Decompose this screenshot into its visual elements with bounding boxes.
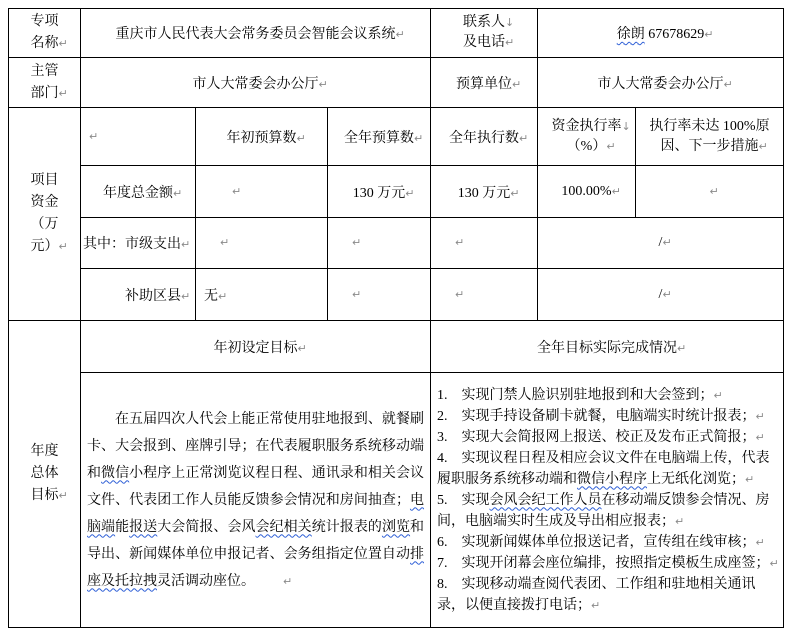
performance-table: 专项名称↵ 重庆市人民代表大会常务委员会智能会议系统↵ 联系人↓ 及电话↵ 徐朗… [8, 8, 784, 628]
goals-initial-paragraph: 在五届四次人代会上能正常使用驻地报到、就餐刷卡、大会报到、座牌引导；在代表履职服… [83, 406, 428, 595]
document-page: 专项名称↵ 重庆市人民代表大会常务委员会智能会议系统↵ 联系人↓ 及电话↵ 徐朗… [0, 0, 790, 635]
col-annual-execution: 全年执行数↵ [431, 108, 538, 166]
text-segment: 3. 实现大会简报网上报送、校正及发布正式简报； [437, 430, 756, 445]
annual-total-annual-budget: 130 万元↵ [328, 166, 431, 218]
spellcheck-wavy-text: 浏览 [382, 520, 410, 535]
text-segment: 统计报表的 [312, 520, 382, 535]
goal-item: 5. 实现会风会纪工作人员在移动端反馈参会情况、房间，电脑端实时生成及导出相应报… [437, 490, 777, 532]
project-name-label: 专项名称↵ [30, 11, 60, 55]
contact-value: 徐朗 67678629↵ [538, 9, 784, 58]
annual-total-execution: 130 万元↵ [431, 166, 538, 218]
funds-label: 项目资金（万元）↵ [30, 170, 60, 258]
goals-left-header: 年初设定目标↵ [81, 321, 431, 373]
funds-header-blank-cell: ↵ [81, 108, 196, 166]
annual-total-execution-rate: 100.00%↵ [538, 166, 636, 218]
col-initial-budget: 年初预算数↵ [196, 108, 328, 166]
goals-label-cell: 年度总体目标↵ [9, 321, 81, 628]
budget-unit-label: 预算单位↵ [431, 58, 538, 108]
row-annual-total: 年度总金额↵ ↵ 130 万元↵ 130 万元↵ 100.00%↵ ↵ [9, 166, 784, 218]
text-segment: 上无纸化浏览； [647, 472, 745, 487]
goals-right-header: 全年目标实际完成情况↵ [431, 321, 784, 373]
municipal-expenditure-label: 其中：市级支出↵ [81, 218, 196, 269]
text-segment: 5. 实现 [437, 493, 490, 508]
row-district-subsidy: 补助区县↵ 无↵ ↵ ↵ /↵ [9, 269, 784, 321]
district-subsidy-execution: ↵ [431, 269, 538, 321]
budget-unit-value: 市人大常委会办公厅↵ [538, 58, 784, 108]
text-segment: 大会简报、会风 [157, 520, 255, 535]
department-value: 市人大常委会办公厅↵ [81, 58, 431, 108]
goals-completion-list: 1. 实现门禁人脸识别驻地报到和大会签到；↵2. 实现手持设备刷卡就餐，电脑端实… [437, 385, 777, 616]
department-label: 主管部门↵ [30, 61, 60, 105]
district-subsidy-initial-budget: 无↵ [196, 269, 328, 321]
text-segment: 7. 实现开闭幕会座位编排，按照指定模板生成座签； [437, 556, 770, 571]
annual-total-reason: ↵ [636, 166, 784, 218]
municipal-execution: ↵ [431, 218, 538, 269]
row-municipal-expenditure: 其中：市级支出↵ ↵ ↵ ↵ /↵ [9, 218, 784, 269]
spellcheck-wavy-text: 会风会纪工作人员 [490, 493, 602, 508]
contact-label-cell: 联系人↓ 及电话↵ [431, 9, 538, 58]
goal-item: 3. 实现大会简报网上报送、校正及发布正式简报；↵ [437, 427, 777, 448]
row-goals-content: 在五届四次人代会上能正常使用驻地报到、就餐刷卡、大会报到、座牌引导；在代表履职服… [9, 373, 784, 628]
project-name-value: 重庆市人民代表大会常务委员会智能会议系统↵ [81, 9, 431, 58]
district-subsidy-merged-slash: /↵ [538, 269, 784, 321]
funds-label-cell: 项目资金（万元）↵ [9, 108, 81, 321]
municipal-merged-slash: /↵ [538, 218, 784, 269]
contact-label-line1: 联系人 [463, 15, 505, 30]
municipal-initial-budget: ↵ [196, 218, 328, 269]
goals-completion-cell: 1. 实现门禁人脸识别驻地报到和大会签到；↵2. 实现手持设备刷卡就餐，电脑端实… [431, 373, 784, 628]
col-annual-budget: 全年预算数↵ [328, 108, 431, 166]
goal-item: 4. 实现议程日程及相应会议文件在电脑端上传，代表履职服务系统移动端和微信小程序… [437, 448, 777, 490]
municipal-annual-budget: ↵ [328, 218, 431, 269]
department-label-cell: 主管部门↵ [9, 58, 81, 108]
row-funds-header: 项目资金（万元）↵ ↵ 年初预算数↵ 全年预算数↵ 全年执行数↵ 资金执行率↓ … [9, 108, 784, 166]
goal-item: 1. 实现门禁人脸识别驻地报到和大会签到；↵ [437, 385, 777, 406]
spellcheck-wavy-text: 徐朗 [617, 27, 645, 42]
spellcheck-wavy-text: 会纪相关 [256, 520, 312, 535]
contact-label-line2: 及电话 [463, 35, 505, 50]
contact-value-text: 徐朗 67678629 [617, 27, 705, 42]
annual-total-initial-budget: ↵ [196, 166, 328, 218]
row-goals-header: 年度总体目标↵ 年初设定目标↵ 全年目标实际完成情况↵ [9, 321, 784, 373]
text-segment: 6. 实现新闻媒体单位报送记者，宣传组在线审核； [437, 535, 756, 550]
goals-label: 年度总体目标↵ [30, 441, 60, 507]
text-segment: 小程序上正常浏览议程日程、通讯录和相关会议文件、代表团工作人员能反馈参会情况和房… [87, 466, 424, 508]
spellcheck-wavy-text: 微信 [101, 466, 129, 481]
row-department: 主管部门↵ 市人大常委会办公厅↵ 预算单位↵ 市人大常委会办公厅↵ [9, 58, 784, 108]
text-segment: 2. 实现手持设备刷卡就餐，电脑端实时统计报表； [437, 409, 756, 424]
district-subsidy-annual-budget: ↵ [328, 269, 431, 321]
goal-item: 2. 实现手持设备刷卡就餐，电脑端实时统计报表；↵ [437, 406, 777, 427]
project-name-label-cell: 专项名称↵ [9, 9, 81, 58]
district-subsidy-label: 补助区县↵ [81, 269, 196, 321]
text-segment: 灵活调动座位。 [157, 574, 255, 589]
row-project-name: 专项名称↵ 重庆市人民代表大会常务委员会智能会议系统↵ 联系人↓ 及电话↵ 徐朗… [9, 9, 784, 58]
col-execution-rate: 资金执行率↓ （%）↵ [538, 108, 636, 166]
text-segment: 67678629 [645, 27, 705, 42]
spellcheck-wavy-text: 报送 [129, 520, 157, 535]
col-reason: 执行率未达 100%原因、下一步措施↵ [636, 108, 784, 166]
goal-item: 6. 实现新闻媒体单位报送记者，宣传组在线审核；↵ [437, 532, 777, 553]
text-segment: 能 [115, 520, 129, 535]
goals-initial-cell: 在五届四次人代会上能正常使用驻地报到、就餐刷卡、大会报到、座牌引导；在代表履职服… [81, 373, 431, 628]
goal-item: 7. 实现开闭幕会座位编排，按照指定模板生成座签；↵ [437, 553, 777, 574]
spellcheck-wavy-text: 微信小程序 [577, 472, 647, 487]
text-segment: 1. 实现门禁人脸识别驻地报到和大会签到； [437, 388, 714, 403]
annual-total-label: 年度总金额↵ [81, 166, 196, 218]
goal-item: 8. 实现移动端查阅代表团、工作组和驻地相关通讯录，以便直接拨打电话；↵ [437, 574, 777, 616]
